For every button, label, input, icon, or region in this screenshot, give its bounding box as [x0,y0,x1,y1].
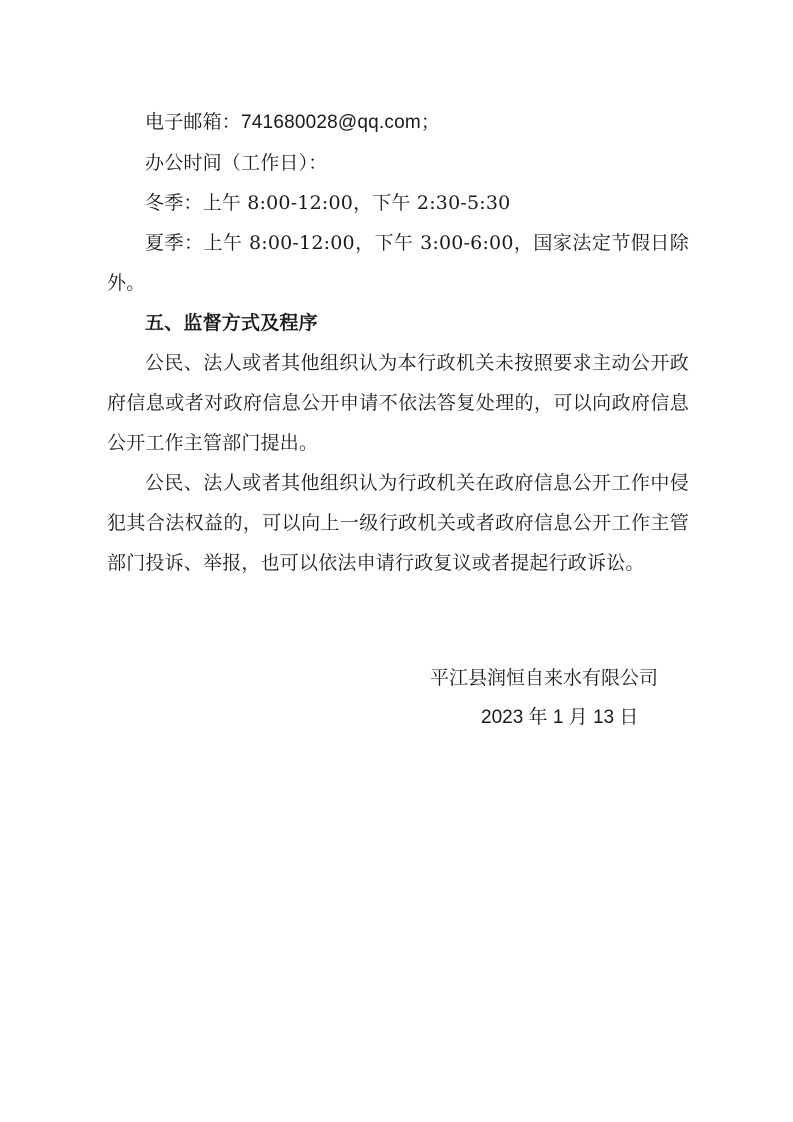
paragraph-1: 公民、法人或者其他组织认为本行政机关未按照要求主动公开政府信息或者对政府信息公开… [107,343,689,463]
email-line: 电子邮箱：741680028@qq.com； [107,102,689,143]
email-label: 电子邮箱： [145,111,241,133]
winter-hours: 冬季：上午 8:00-12:00，下午 2:30-5:30 [107,183,689,223]
office-hours-label: 办公时间（工作日）： [107,143,689,183]
section-heading: 五、监督方式及程序 [107,303,689,343]
signature-company: 平江县润恒自来水有限公司 [430,658,658,698]
signature-date: 2023 年 1 月 13 日 [481,698,638,738]
document-body: 电子邮箱：741680028@qq.com； 办公时间（工作日）： 冬季：上午 … [107,102,689,583]
summer-hours: 夏季：上午 8:00-12:00，下午 3:00-6:00，国家法定节假日除外。 [107,223,689,303]
email-value: 741680028@qq.com； [241,112,440,133]
paragraph-2: 公民、法人或者其他组织认为行政机关在政府信息公开工作中侵犯其合法权益的，可以向上… [107,463,689,583]
